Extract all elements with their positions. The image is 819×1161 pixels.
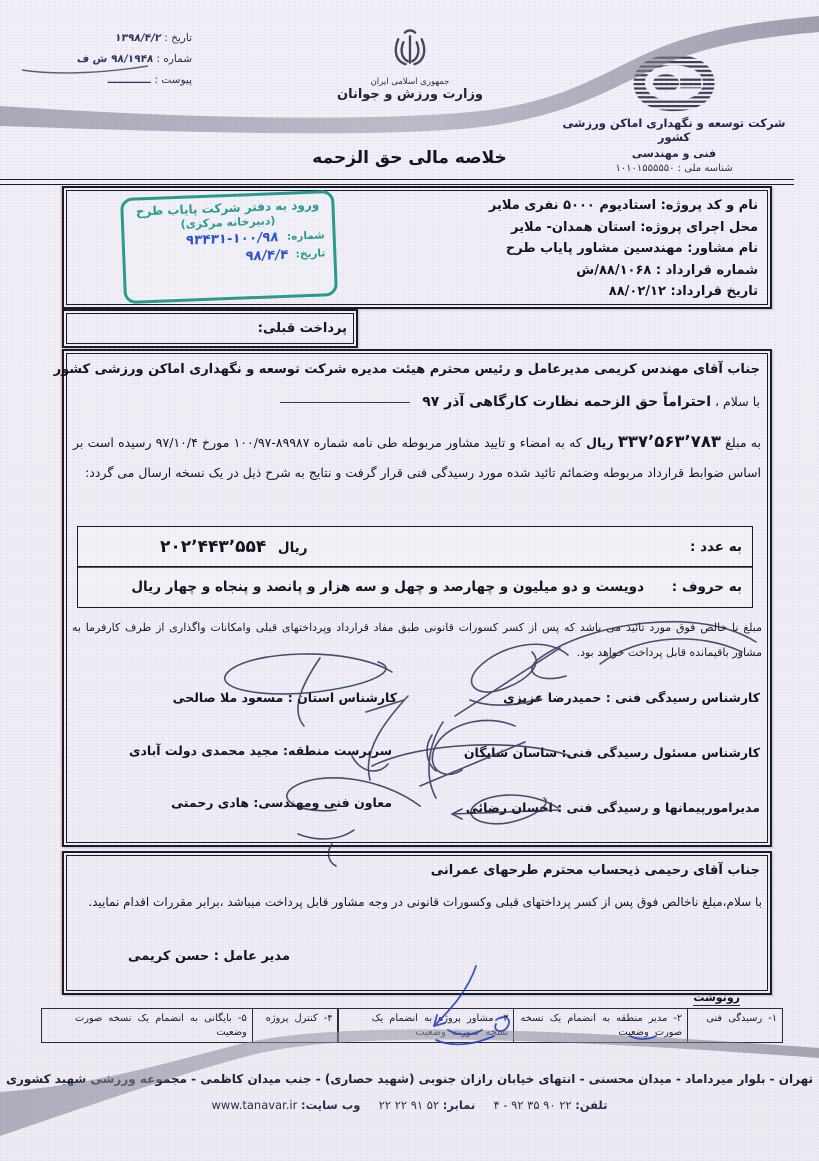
ref-number-row: شماره : ۹۸/۱۹۴۸ ش ف	[12, 49, 192, 70]
ceo-name: حسن کریمی	[128, 949, 209, 964]
footer-web-label: وب سایت:	[301, 1098, 360, 1112]
subject-underline	[280, 402, 410, 403]
cc-cell-project-control: ۴- کنترل پروژه	[252, 1008, 339, 1043]
ref-attachment-value: ــــــــــــ	[107, 70, 153, 91]
ministry-name: وزارت ورزش و جوانان	[330, 87, 490, 102]
entry-stamp-number-label: شماره:	[287, 229, 325, 242]
ref-date-value: ۱۳۹۸/۴/۲	[113, 28, 162, 49]
project-field-location-value: استان همدان- ملایر	[511, 220, 636, 235]
signatory-responsible-expert: کارشناس مسئول رسیدگی فنی: ساسان شایگان	[464, 745, 760, 760]
cc-table: ۱- رسیدگی فنی ۲- مدیر منطقه به انضمام یک…	[38, 1008, 783, 1043]
amount-figures-row: به عدد : ریال ۲۰۲٬۴۴۳٬۵۵۴	[77, 526, 753, 568]
project-field-consultant-value: مهندسین مشاور پایاب طرح	[506, 241, 683, 256]
cc-cell-project-consultant: ۳- مشاور پروژه به انضمام یک نسخه صورت وض…	[337, 1008, 514, 1043]
footer-fax-value: ۵۲ ۹۱ ۲۲ ۲۲	[379, 1098, 439, 1112]
signatory-province-expert: کارشناس استان : مسعود ملا صالحی	[173, 690, 397, 705]
signatory-technical-deputy-role: معاون فنی ومهندسی:	[253, 795, 392, 810]
letter-body-prefix: به مبلغ	[725, 435, 761, 450]
signatory-contracts-manager-role: مدیرامورپیمانها و رسیدگی فنی :	[557, 800, 760, 815]
signatory-responsible-expert-name: ساسان شایگان	[464, 745, 557, 760]
iran-emblem-icon	[330, 26, 490, 76]
amount-figures-group: ریال ۲۰۲٬۴۴۳٬۵۵۴	[160, 527, 308, 568]
letter-subject: احتراماً حق الزحمه نظارت کارگاهی آذر ۹۷	[422, 394, 711, 410]
amount-words-row: به حروف : دویست و دو میلیون و چهارصد و چ…	[77, 566, 753, 608]
letter-body-box: جناب آقای مهندس کریمی مدیرعامل و رئیس مح…	[62, 349, 772, 847]
letter-currency: ریال	[586, 435, 613, 450]
ref-attachment-label: پیوست :	[155, 74, 193, 86]
letter-gross-amount: ۳۳۷٬۵۶۳٬۷۸۳	[618, 432, 721, 451]
letter-addressee: جناب آقای مهندس کریمی مدیرعامل و رئیس مح…	[54, 362, 760, 377]
project-field-consultant-label: نام مشاور:	[687, 241, 758, 256]
project-field-name-label: نام و کد پروژه:	[661, 198, 758, 213]
signatory-review-expert-name: حمیدرضا عزیزی	[503, 690, 601, 705]
ref-date-label: تاریخ :	[164, 32, 192, 44]
project-field-location-label: محل اجرای پروژه:	[640, 220, 758, 235]
signatory-region-supervisor-role: سرپرست منطقه:	[283, 743, 392, 758]
previous-payment-box: پرداخت قبلی:	[62, 309, 358, 348]
letter-salutation: با سلام ،	[715, 394, 760, 409]
company-logo-icon	[545, 52, 803, 114]
letter-subject-line: با سلام ، احتراماً حق الزحمه نظارت کارگا…	[280, 394, 760, 410]
title-divider	[0, 179, 794, 185]
cc-cell-technical-review: ۱- رسیدگی فنی	[687, 1008, 783, 1043]
signatory-contracts-manager: مدیرامورپیمانها و رسیدگی فنی : احسان رضا…	[466, 800, 760, 815]
ceo-role: مدیر عامل :	[214, 949, 290, 964]
footer-web-value: www.tanavar.ir	[212, 1098, 298, 1112]
signatory-province-expert-name: مسعود ملا صالحی	[173, 690, 284, 705]
entry-stamp-date-value: ۹۸/۴/۴	[244, 247, 289, 265]
entry-stamp-number-value: ۹۳۴۳۱-۱۰۰/۹۸	[185, 229, 280, 249]
entry-stamp-date-label: تاریخ:	[295, 247, 325, 260]
country-name: جمهوری اسلامی ایران	[330, 77, 490, 87]
footer-phone-label: تلفن:	[575, 1098, 607, 1112]
footer-contact-line: تلفن: ۲۲ ۹۰ ۳۵ ۹۲ - ۴ نمابر: ۵۲ ۹۱ ۲۲ ۲۲…	[0, 1098, 819, 1112]
company-name: شرکت توسعه و نگهداری اماکن ورزشی کشور	[545, 116, 803, 144]
footer-fax-label: نمابر:	[443, 1098, 475, 1112]
letter-paragraph: به مبلغ ۳۳۷٬۵۶۳٬۷۸۳ ریال که به امضاء و ت…	[73, 427, 761, 488]
gross-amount-note: مبلغ نا خالص فوق مورد تائید می باشد که پ…	[72, 615, 762, 665]
footer-phone-value: ۲۲ ۹۰ ۳۵ ۹۲ - ۴	[493, 1098, 571, 1112]
signatory-region-supervisor: سرپرست منطقه: مجید محمدی دولت آبادی	[129, 743, 392, 758]
project-field-contract-no-value: ۸۸/۱۰۶۸/ش	[576, 263, 651, 278]
previous-payment-label: پرداخت قبلی:	[258, 321, 356, 336]
amounts-box: به عدد : ریال ۲۰۲٬۴۴۳٬۵۵۴ به حروف : دویس…	[77, 526, 753, 608]
letterhead-ministry-block: جمهوری اسلامی ایران وزارت ورزش و جوانان	[330, 26, 490, 102]
ref-attachment-row: پیوست : ــــــــــــ	[12, 70, 192, 91]
project-field-contract-date-label: تاریخ قرارداد:	[670, 284, 758, 299]
ref-number-value: ۹۸/۱۹۴۸ ش ف	[75, 49, 154, 70]
amount-words-value: دویست و دو میلیون و چهارصد و چهل و سه هز…	[131, 567, 644, 607]
signatory-review-expert-role: کارشناس رسیدگی فنی :	[606, 690, 760, 705]
signatory-technical-deputy: معاون فنی ومهندسی: هادی رحمتی	[171, 795, 392, 810]
signatory-responsible-expert-role: کارشناس مسئول رسیدگی فنی:	[562, 745, 760, 760]
amount-figures-value: ۲۰۲٬۴۴۳٬۵۵۴	[160, 537, 266, 557]
amount-figures-unit: ریال	[278, 540, 308, 556]
project-field-name-value: استادیوم ۵۰۰۰ نفری ملایر	[489, 198, 656, 213]
signatory-review-expert: کارشناس رسیدگی فنی : حمیدرضا عزیزی	[503, 690, 760, 705]
signatory-region-supervisor-name: مجید محمدی دولت آبادی	[129, 743, 279, 758]
signatory-province-expert-role: کارشناس استان :	[288, 690, 397, 705]
cc-cell-archive: ۵- بایگانی به انضمام یک نسخه صورت وضعیت	[41, 1008, 253, 1043]
footer-address: تهران - بلوار میرداماد - میدان محسنی - ا…	[0, 1072, 819, 1086]
signatory-contracts-manager-name: احسان رضائی	[466, 800, 553, 815]
document-title: خلاصه مالی حق الزحمه	[0, 148, 819, 168]
ceo-signature-line: مدیر عامل : حسن کریمی	[128, 949, 290, 964]
ref-date-row: تاریخ : ۱۳۹۸/۴/۲	[12, 28, 192, 49]
ref-number-label: شماره :	[156, 53, 192, 65]
amount-figures-label: به عدد :	[690, 527, 742, 567]
scanned-letter-page: تاریخ : ۱۳۹۸/۴/۲ شماره : ۹۸/۱۹۴۸ ش ف پیو…	[0, 0, 819, 1161]
project-field-contract-no-label: شماره قرارداد :	[656, 263, 758, 278]
cc-cell-region-manager: ۲- مدیر منطقه به انضمام یک نسخه صورت وضع…	[513, 1008, 688, 1043]
letterhead-ref-block: تاریخ : ۱۳۹۸/۴/۲ شماره : ۹۸/۱۹۴۸ ش ف پیو…	[12, 28, 192, 91]
cc-label: رونوشت	[693, 991, 740, 1006]
entry-stamp: ورود به دفتر شرکت پایاب طرح (دبیرخانه مر…	[120, 190, 338, 304]
signatory-technical-deputy-name: هادی رحمتی	[171, 795, 249, 810]
accountant-addressee: جناب آقای رحیمی ذیحساب محترم طرحهای عمرا…	[431, 863, 760, 878]
accountant-box: جناب آقای رحیمی ذیحساب محترم طرحهای عمرا…	[62, 851, 772, 995]
project-field-contract-date-value: ۸۸/۰۲/۱۲	[609, 284, 666, 299]
accountant-body: با سلام،مبلغ ناخالص فوق پس از کسر پرداخت…	[72, 889, 762, 915]
amount-words-label: به حروف :	[672, 567, 742, 607]
